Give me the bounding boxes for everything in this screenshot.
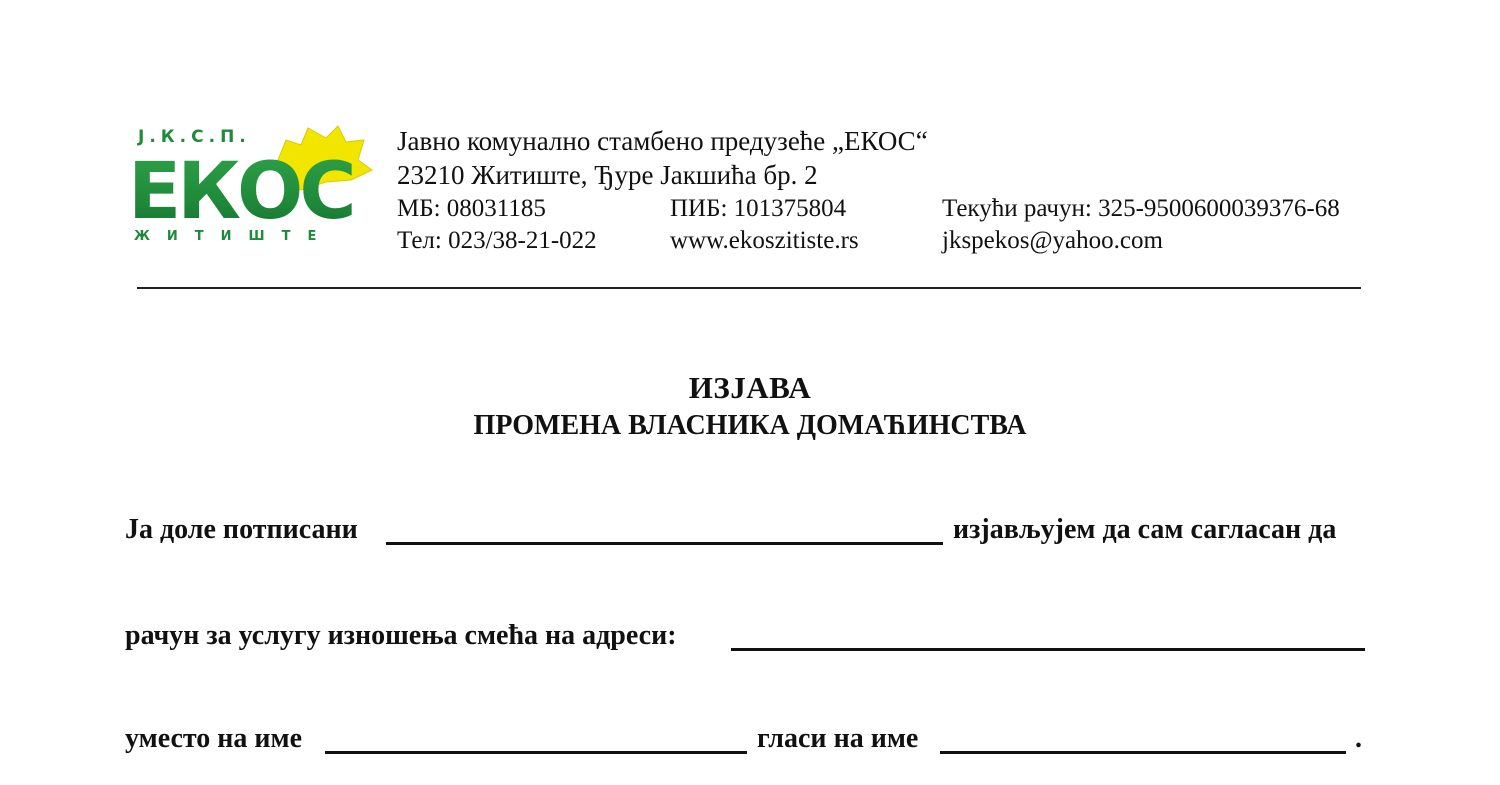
company-info: Јавно комунално стамбено предузеће „ЕКОС…	[397, 124, 928, 192]
line1-suffix: изјављујем да сам сагласан да	[953, 514, 1336, 546]
line3-middle: гласи на име	[757, 723, 918, 755]
company-name: Јавно комунално стамбено предузеће „ЕКОС…	[397, 124, 928, 158]
company-logo: Ј.К.С.П. ЕКОС ЖИТИШТЕ	[126, 120, 376, 245]
new-owner-field[interactable]	[940, 751, 1346, 754]
logo-bottom-text: ЖИТИШТЕ	[134, 229, 333, 244]
line1-prefix: Ја доле потписани	[125, 514, 358, 546]
line2-prefix: рачун за услугу изношења смећа на адреси…	[125, 620, 677, 652]
company-address: 23210 Житиште, Ђуре Јакшића бр. 2	[397, 158, 928, 192]
line3-end: .	[1355, 723, 1362, 755]
logo-main-text: ЕКОС	[128, 147, 353, 237]
tax-id: ПИБ: 101375804	[670, 195, 846, 223]
email-link[interactable]: jkspekos@yahoo.com	[942, 227, 1163, 255]
header-divider	[137, 287, 1361, 289]
signer-name-field[interactable]	[386, 542, 943, 545]
document-subtitle: ПРОМЕНА ВЛАСНИКА ДОМАЋИНСТВА	[0, 410, 1500, 442]
logo-top-text: Ј.К.С.П.	[137, 127, 251, 147]
phone: Тел: 023/38-21-022	[397, 227, 597, 255]
website-link[interactable]: www.ekoszitiste.rs	[670, 227, 859, 255]
address-field[interactable]	[731, 648, 1365, 651]
bank-account: Текући рачун: 325-9500600039376-68	[942, 195, 1340, 223]
line3-prefix: уместо на име	[125, 723, 302, 755]
previous-owner-field[interactable]	[325, 751, 747, 754]
document-title: ИЗЈАВА	[0, 370, 1500, 406]
registration-number: МБ: 08031185	[397, 195, 546, 223]
